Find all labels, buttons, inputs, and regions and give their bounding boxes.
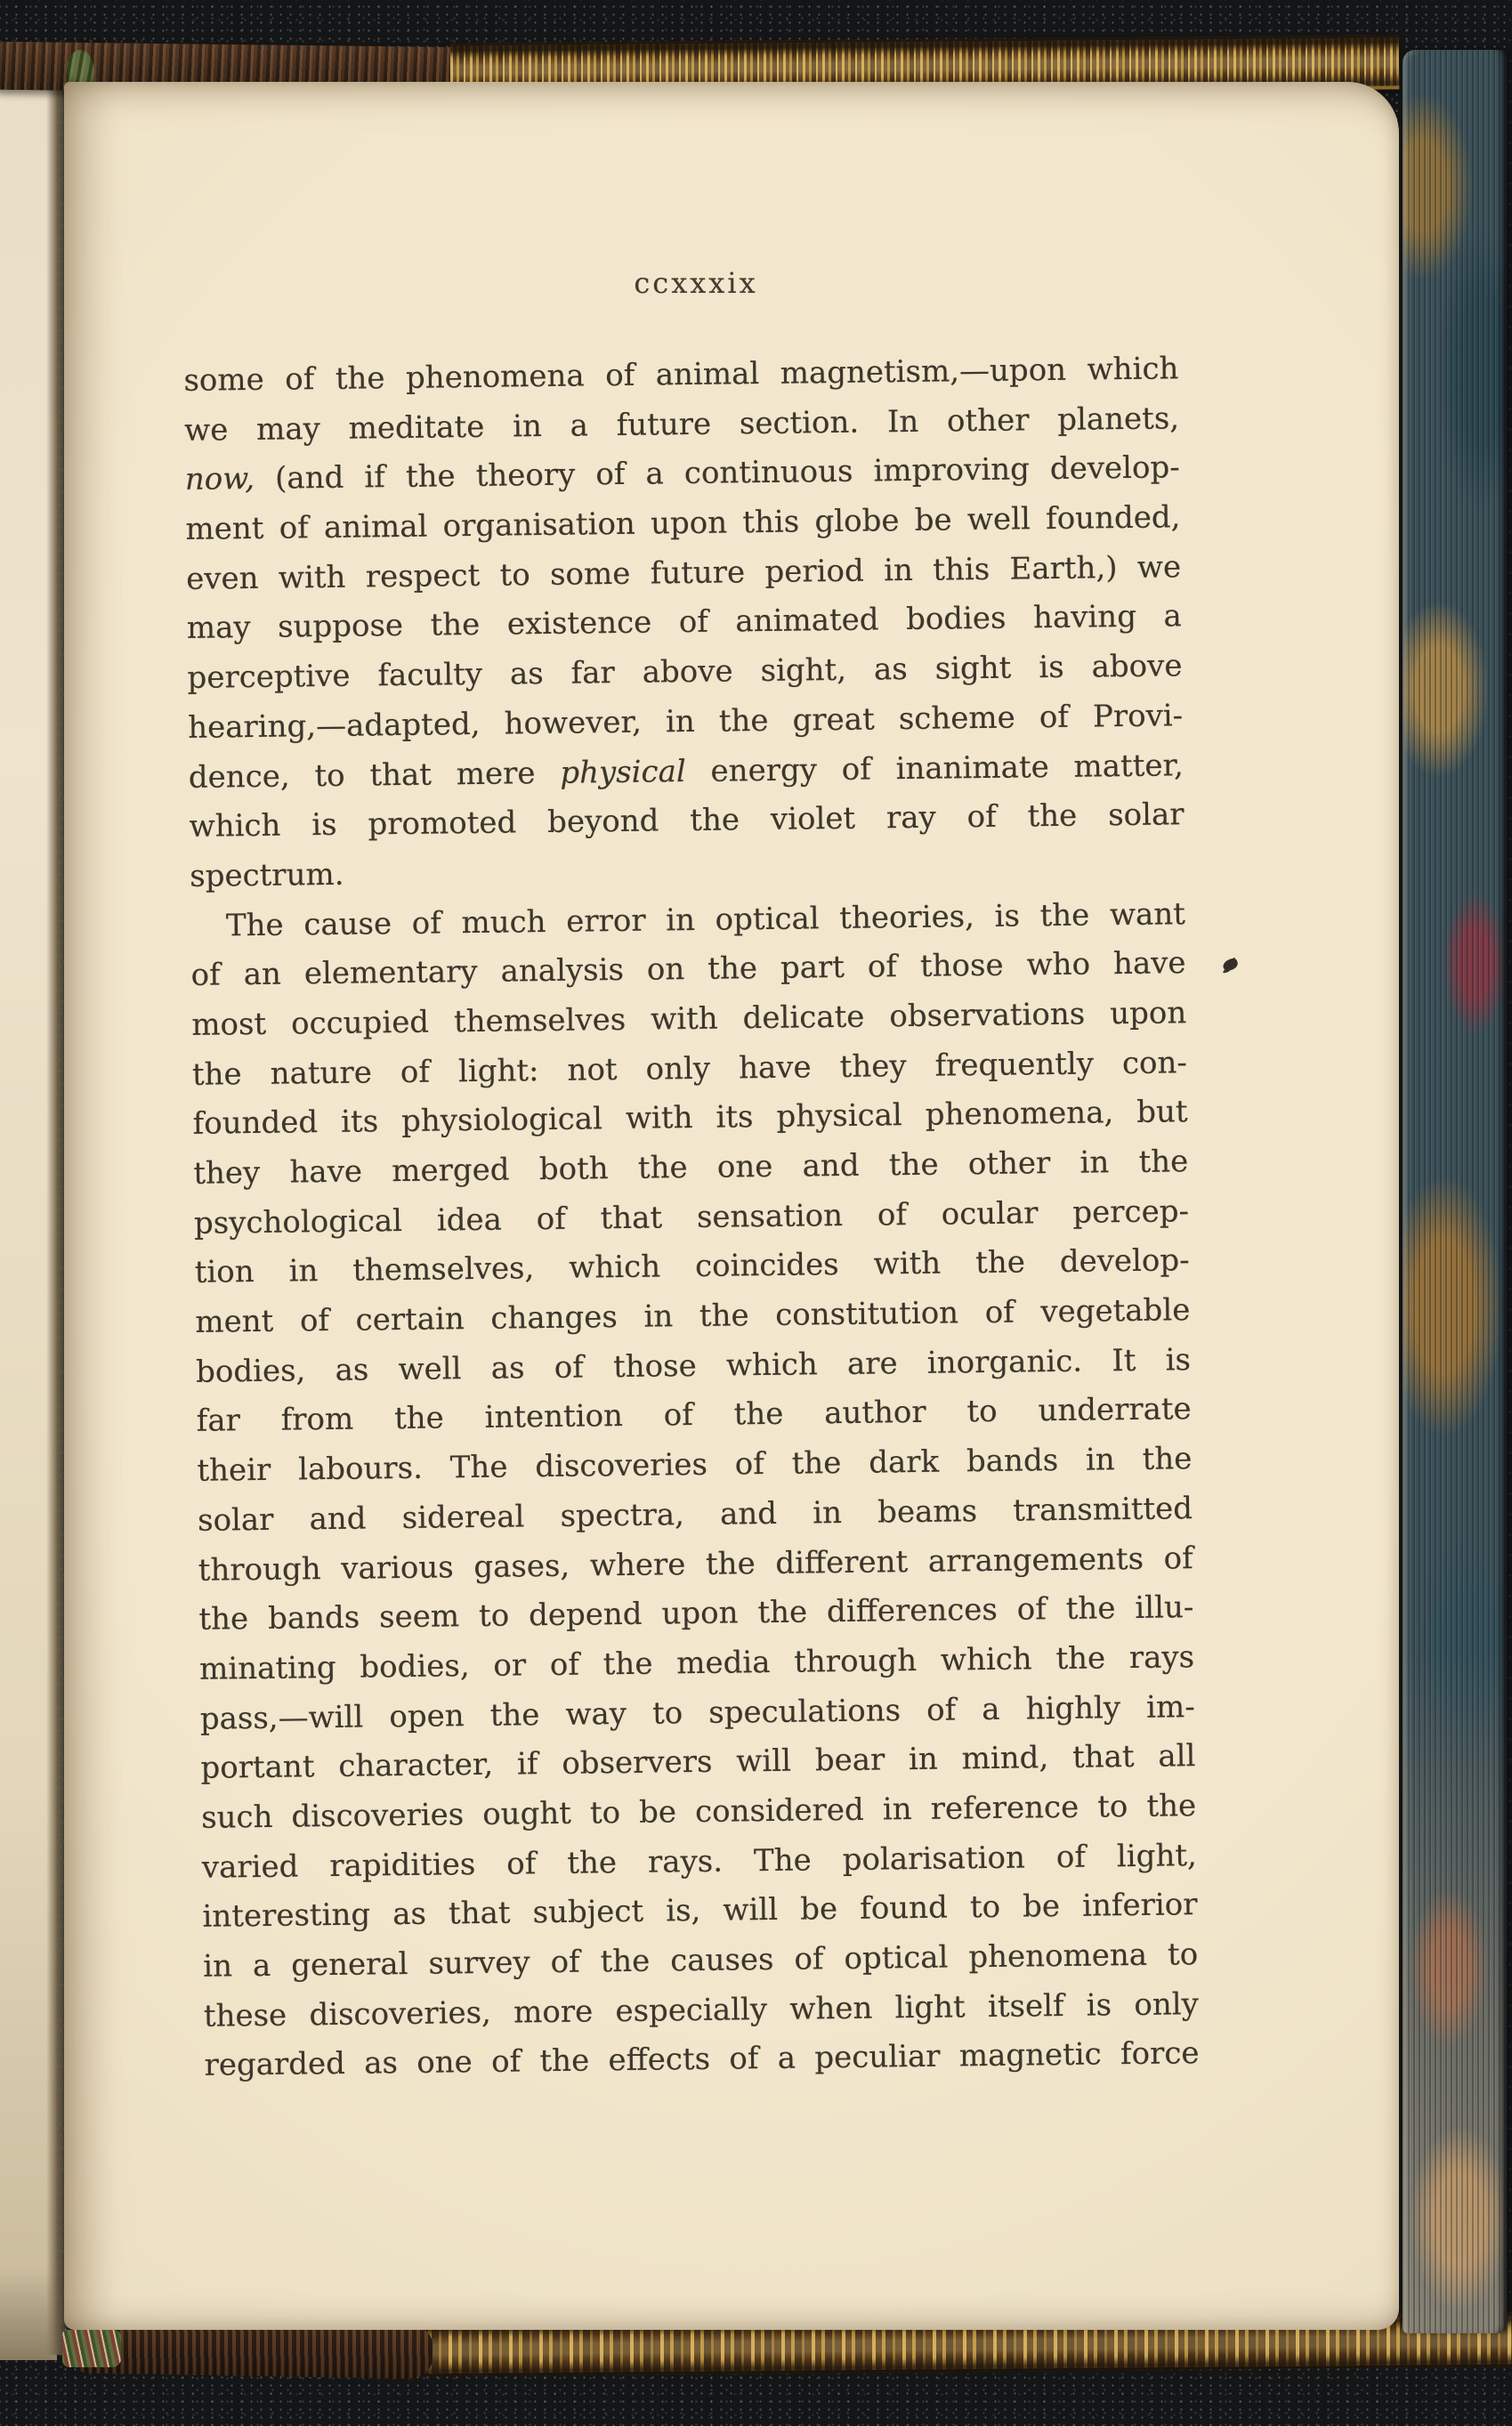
text-block: some of the phenomena of animal magnetis…	[183, 344, 1200, 2091]
marbled-fore-edge	[1403, 50, 1507, 2333]
ink-speck-margin-mark	[1222, 958, 1240, 973]
leather-tailcap	[77, 2324, 433, 2380]
page-number: ccxxxix	[198, 265, 1194, 301]
tailband-knot	[62, 2330, 121, 2367]
book-page: ccxxxix some of the phenomena of animal …	[64, 82, 1399, 2330]
